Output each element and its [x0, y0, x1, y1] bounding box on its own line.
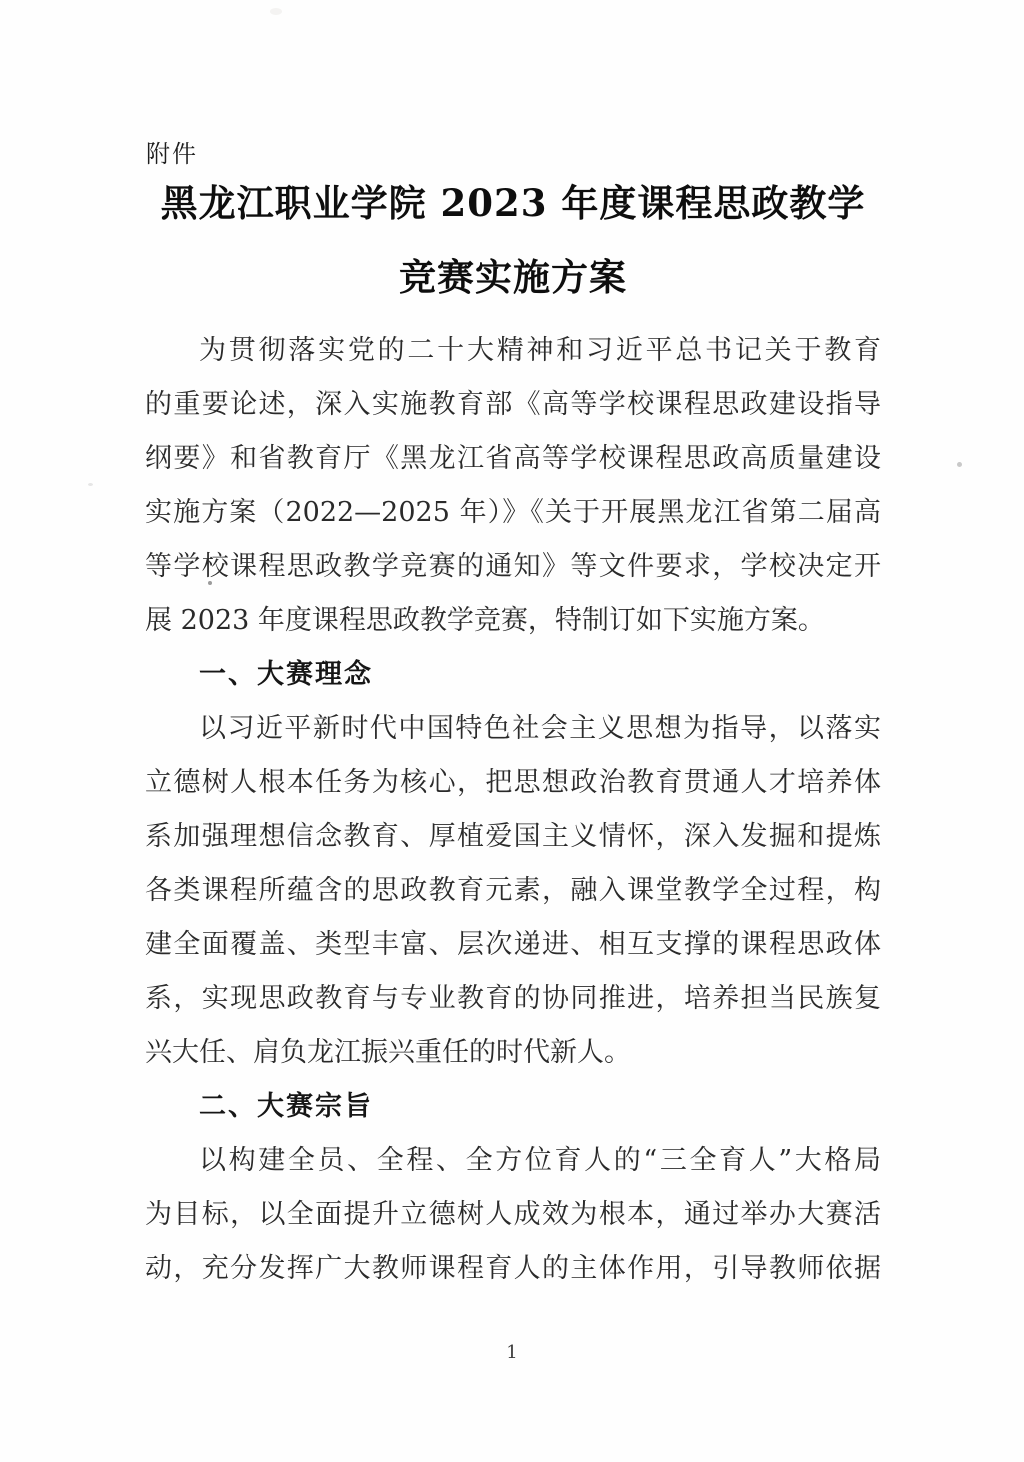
body-line: 兴大任、肩负龙江振兴重任的时代新人。 [145, 1026, 881, 1080]
title-line-1: 黑龙江职业学院 2023 年度课程思政教学 [144, 166, 882, 240]
section-heading-2: 二、大赛宗旨 [145, 1080, 881, 1134]
scan-speck [208, 581, 212, 585]
body-line: 以构建全员、全程、全方位育人的“三全育人”大格局 [145, 1134, 881, 1188]
body-line: 各类课程所蕴含的思政教育元素，融入课堂教学全过程，构 [145, 864, 881, 918]
body-line: 实施方案（2022—2025 年）》《关于开展黑龙江省第二届高 [145, 486, 881, 540]
body-line: 建全面覆盖、类型丰富、层次递进、相互支撑的课程思政体 [145, 918, 881, 972]
body-line: 展 2023 年度课程思政教学竞赛，特制订如下实施方案。 [145, 594, 881, 648]
body-line: 立德树人根本任务为核心，把思想政治教育贯通人才培养体 [145, 756, 881, 810]
body-line: 系，实现思政教育与专业教育的协同推进，培养担当民族复 [145, 972, 881, 1026]
scan-speck [957, 462, 962, 467]
document-body: 为贯彻落实党的二十大精神和习近平总书记关于教育 的重要论述，深入实施教育部《高等… [145, 324, 881, 1296]
body-line: 为目标，以全面提升立德树人成效为根本，通过举办大赛活 [145, 1188, 881, 1242]
body-line: 等学校课程思政教学竞赛的通知》等文件要求，学校决定开 [145, 540, 881, 594]
body-line: 系加强理想信念教育、厚植爱国主义情怀，深入发掘和提炼 [145, 810, 881, 864]
body-line: 的重要论述，深入实施教育部《高等学校课程思政建设指导 [145, 378, 881, 432]
scan-speck [88, 483, 93, 486]
body-line: 动，充分发挥广大教师课程育人的主体作用，引导教师依据 [145, 1242, 881, 1296]
body-line: 以习近平新时代中国特色社会主义思想为指导，以落实 [145, 702, 881, 756]
body-line: 为贯彻落实党的二十大精神和习近平总书记关于教育 [145, 324, 881, 378]
document-page: 附件 黑龙江职业学院 2023 年度课程思政教学 竞赛实施方案 为贯彻落实党的二… [0, 0, 1024, 1462]
body-line: 纲要》和省教育厅《黑龙江省高等学校课程思政高质量建设 [145, 432, 881, 486]
title-line-2: 竞赛实施方案 [144, 240, 882, 314]
page-title: 黑龙江职业学院 2023 年度课程思政教学 竞赛实施方案 [144, 166, 882, 314]
scan-speck [270, 8, 282, 15]
section-heading-1: 一、大赛理念 [145, 648, 881, 702]
attachment-label: 附件 [146, 134, 198, 169]
page-number: 1 [144, 1342, 880, 1363]
